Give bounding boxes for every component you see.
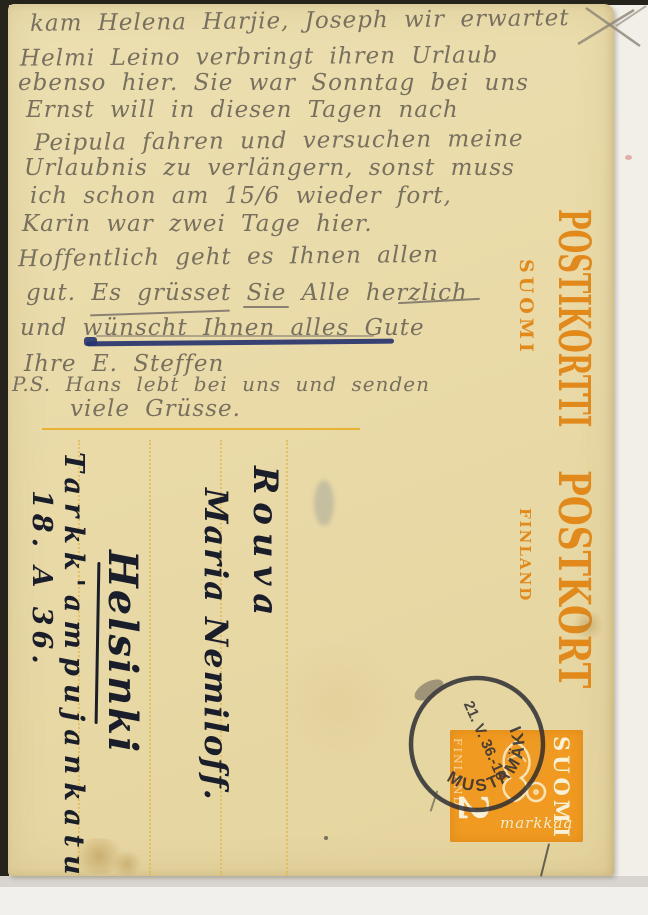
message-line: Peipula fahren und versuchen meine — [34, 128, 524, 155]
scan-shadow-band — [0, 876, 648, 887]
address-number: 18. A 36. — [28, 490, 55, 669]
pencil-underline — [96, 335, 374, 337]
scan-margin-right — [616, 5, 648, 877]
printed-title-finland: FINLAND — [517, 508, 532, 602]
message-line: Ernst will in diesen Tagen nach — [26, 99, 459, 122]
blue-ink-blot — [84, 337, 97, 346]
message-line: viele Grüsse. — [70, 398, 241, 421]
ink-smudge — [314, 480, 334, 526]
ink-fleck — [324, 836, 328, 840]
message-line: kam Helena Harjie, Joseph wir erwartet — [30, 7, 570, 36]
printed-title-suomi: SUOMI — [516, 259, 535, 356]
address-salutation: Rouva — [248, 466, 282, 623]
message-line: Hoffentlich geht es Ihnen allen — [18, 244, 439, 271]
address-street: Tarkk'ampujankatu — [60, 452, 87, 883]
printed-title-postikortti: POSTIKORTTI — [551, 209, 595, 427]
message-line: ebenso hier. Sie war Sonntag bei uns — [18, 72, 529, 95]
pencil-stroke — [540, 843, 550, 876]
printed-divider-line — [42, 428, 360, 430]
age-stain — [268, 644, 408, 764]
pencil-underline — [243, 306, 289, 308]
printed-address-rule — [149, 440, 151, 876]
message-line: P.S. Hans lebt bei uns und senden — [12, 374, 430, 394]
address-name: Maria Nemiloff. — [200, 488, 232, 802]
address-city: Helsinki — [102, 550, 142, 754]
postmark: MUSTAMÄKI 21. V. 36.-18 — [397, 664, 557, 824]
printed-address-rule — [286, 440, 288, 876]
printed-title-postkort: POSTKORT — [551, 470, 595, 688]
scanned-postcard: kam Helena Harjie, Joseph wir erwartet H… — [0, 0, 648, 915]
message-line: Urlaubnis zu verlängern, sonst muss — [24, 157, 515, 180]
pencil-x-mark — [570, 4, 648, 54]
age-stain — [572, 610, 604, 640]
postmark-date: 21. V. 36.-18 — [460, 698, 510, 782]
age-stain — [110, 852, 144, 876]
message-line: Helmi Leino verbringt ihren Urlaub — [20, 44, 499, 70]
scan-artifact-dot — [625, 155, 632, 160]
message-line: Karin war zwei Tage hier. — [22, 213, 373, 236]
message-line: ich schon am 15/6 wieder fort, — [30, 185, 452, 208]
postcard-back: kam Helena Harjie, Joseph wir erwartet H… — [8, 4, 614, 876]
